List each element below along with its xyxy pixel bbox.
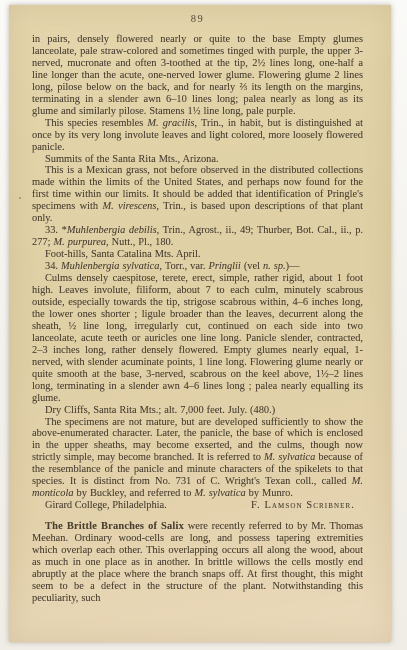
body-paragraph: This is a Mexican grass, not before obse… [32, 165, 363, 225]
body-paragraph-species-33: 33. *Muhlenbergia debilis, Trin., Agrost… [32, 225, 363, 249]
body-paragraph: Summits of the Santa Rita Mts., Arizona. [32, 154, 363, 166]
page-content: 89 in pairs, densely flowered nearly or … [32, 14, 363, 605]
body-paragraph: Dry Cliffs, Santa Rita Mts.; alt. 7,000 … [32, 405, 363, 417]
location-line: Girard College, Philadelphia. [45, 500, 167, 512]
page-number: 89 [32, 14, 363, 25]
author-name: F. Lamson Scribner. [251, 500, 355, 512]
body-paragraph: The specimens are not mature, but are de… [32, 417, 363, 501]
scanned-page: 89 in pairs, densely flowered nearly or … [9, 5, 391, 642]
body-paragraph: Foot-hills, Santa Catalina Mts. April. [32, 249, 363, 261]
author-signature: Girard College, Philadelphia. F. Lamson … [32, 500, 363, 512]
body-paragraph: This species resembles M. gracilis, Trin… [32, 118, 363, 154]
scan-speckle [19, 197, 21, 199]
body-paragraph: in pairs, densely flowered nearly or qui… [32, 34, 363, 118]
body-paragraph-salix-section: The Brittle Branches of Salix were recen… [32, 521, 363, 605]
body-paragraph: Culms densely caespitose, terete, erect,… [32, 273, 363, 404]
scan-background: 89 in pairs, densely flowered nearly or … [0, 0, 407, 650]
body-paragraph-species-34: 34. Muhlenbergia sylvatica, Torr., var. … [32, 261, 363, 273]
